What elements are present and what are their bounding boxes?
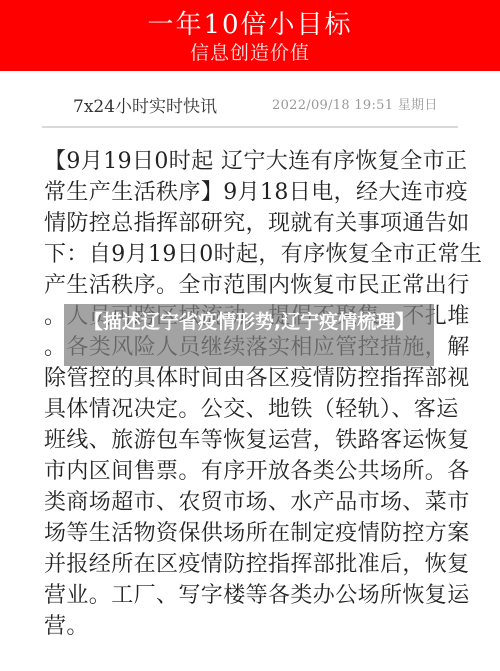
article-line: 除管控的具体时间由各区疫情防控指挥部视	[44, 363, 460, 394]
header-banner: 一年10倍小目标 信息创造价值	[0, 0, 500, 71]
article-line: 下：自9月19日0时起，有序恢复全市正常生	[44, 239, 460, 270]
news-source-label: 7x24小时实时快讯	[73, 92, 217, 117]
article-line: 情防控总指挥部研究，现就有关事项通告如	[44, 208, 460, 239]
article-line: 类商场超市、农贸市场、水产品市场、菜市	[44, 487, 460, 518]
article-line: 营业。工厂、写字楼等各类办公场所恢复运	[44, 580, 460, 611]
article-line: 并报经所在区疫情防控指挥部批准后，恢复	[44, 549, 460, 580]
banner-title: 一年10倍小目标	[0, 10, 500, 40]
article-line: 市内区间售票。有序开放各类公共场所。各	[44, 456, 460, 487]
article-line: 班线、旅游包车等恢复运营，铁路客运恢复	[44, 425, 460, 456]
overlay-caption-text: 【描述辽宁省疫情形势,辽宁疫情梳理】	[79, 308, 419, 336]
news-datetime: 2022/09/18 19:51 星期日	[272, 94, 438, 113]
article-line: 【9月19日0时起 辽宁大连有序恢复全市正	[44, 146, 460, 177]
title-overlay-caption: 【描述辽宁省疫情形势,辽宁疫情梳理】	[64, 304, 434, 366]
divider	[42, 126, 458, 128]
article-line: 常生产生活秩序】9月18日电，经大连市疫	[44, 177, 460, 208]
news-info-row: 7x24小时实时快讯 2022/09/18 19:51 星期日	[0, 90, 500, 118]
article-body: 【9月19日0时起 辽宁大连有序恢复全市正 常生产生活秩序】9月18日电，经大连…	[44, 146, 460, 642]
article-line: 场等生活物资保供场所在制定疫情防控方案	[44, 518, 460, 549]
article-line: 产生活秩序。全市范围内恢复市民正常出行	[44, 270, 460, 301]
article-line: 营。	[44, 611, 460, 642]
banner-subtitle: 信息创造价值	[0, 42, 500, 64]
article-line: 具体情况决定。公交、地铁（轻轨）、客运	[44, 394, 460, 425]
